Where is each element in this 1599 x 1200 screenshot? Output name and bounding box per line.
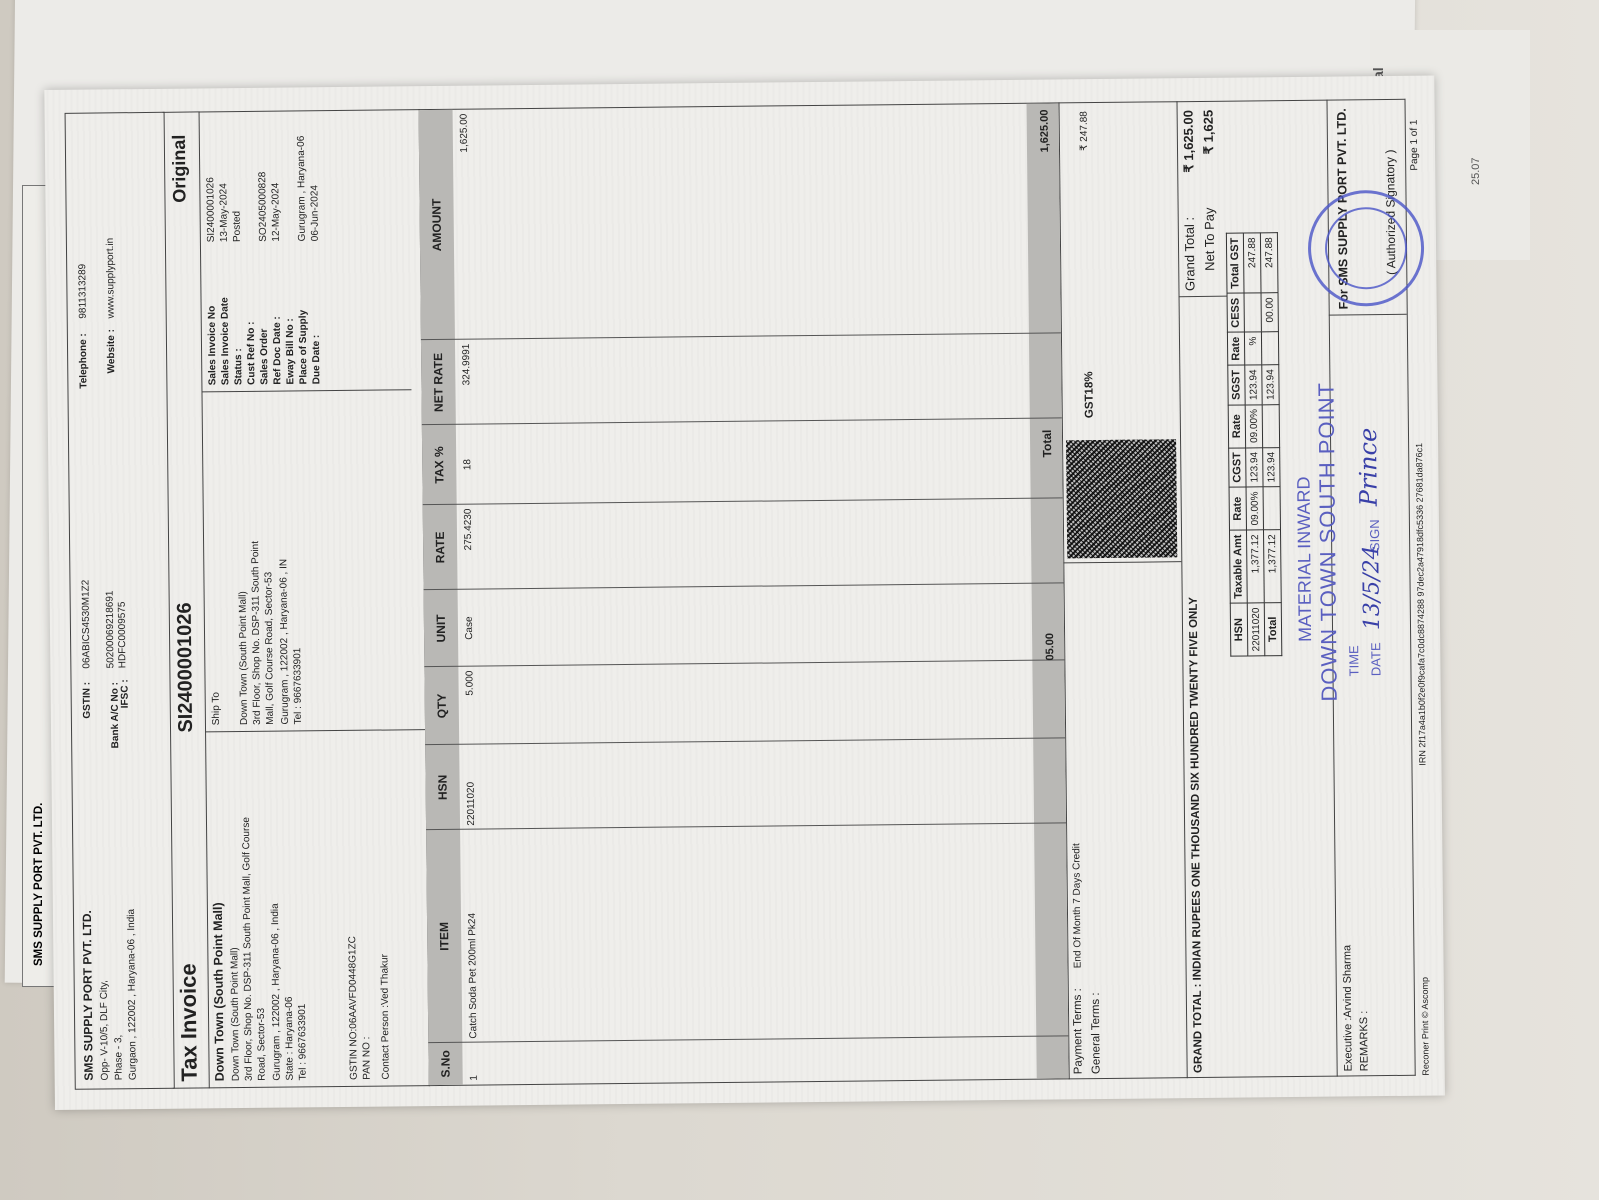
detail-value: Posted bbox=[232, 211, 243, 242]
executive-line: Executive :Arvind Sharma bbox=[1341, 945, 1354, 1072]
stamp-date-label: DATE bbox=[1368, 642, 1383, 676]
ifsc-code: HDFC0009575 bbox=[117, 601, 129, 668]
detail-value: SO2405000828 bbox=[257, 172, 269, 242]
gst-summary-value: ₹ 247.88 bbox=[1079, 111, 1090, 151]
column-header[interactable]: RATE bbox=[433, 505, 448, 590]
total-label: Total bbox=[1040, 399, 1055, 489]
bill-to-line: 3rd Floor, Shop No. DSP-311 South Point … bbox=[241, 817, 255, 1081]
company-seal-stamp bbox=[1307, 190, 1424, 307]
ship-to-line: 3rd Floor, Shop No. DSP-311 South Point bbox=[250, 541, 263, 725]
stamp-signature-handwritten: Prince bbox=[1354, 428, 1383, 507]
seller-header: SMS SUPPLY PORT PVT. LTD. Opp- V-10/5, D… bbox=[65, 112, 175, 1090]
item-cell-amount: 1,625.00 bbox=[459, 114, 472, 336]
tax-cell: 22011020 bbox=[1247, 603, 1265, 656]
seller-address-2: Phase - 3, bbox=[113, 1035, 124, 1081]
tax-total-cell bbox=[1261, 332, 1278, 365]
bill-to-line: Road, Sector-53 bbox=[256, 1008, 268, 1081]
general-terms-label: General Terms : bbox=[1090, 992, 1103, 1074]
grand-total-label: Grand Total : bbox=[1182, 217, 1198, 291]
website-label: Website : bbox=[106, 329, 117, 373]
remarks-label: REMARKS : bbox=[1358, 1011, 1371, 1072]
detail-label: Sales Invoice No bbox=[207, 306, 219, 386]
net-to-pay-value: ₹ 1,625 bbox=[1201, 110, 1217, 155]
payment-terms-label: Payment Terms : bbox=[1072, 988, 1085, 1074]
material-inward-stamp: MATERIAL INWARD bbox=[1293, 476, 1316, 642]
page-number: Page 1 of 1 bbox=[1409, 119, 1421, 170]
gst-breakup-table: HSNTaxable AmtRateCGSTRateSGSTRateCESSTo… bbox=[1226, 232, 1282, 656]
seller-website[interactable]: www.supplyport.in bbox=[105, 238, 117, 319]
item-cell-rate: 275.4230 bbox=[463, 509, 475, 586]
column-header[interactable]: S.No bbox=[438, 1043, 452, 1085]
column-header[interactable]: HSN bbox=[435, 745, 450, 830]
stamp-date-handwritten: 13/5/24 bbox=[1359, 545, 1385, 630]
column-header[interactable]: TAX % bbox=[432, 425, 447, 505]
column-header[interactable]: NET RATE bbox=[431, 340, 446, 425]
tax-cell bbox=[1244, 293, 1261, 332]
tax-cell: % bbox=[1244, 332, 1261, 365]
tax-header: Rate bbox=[1227, 332, 1244, 365]
item-cell-unit: Case bbox=[464, 594, 476, 663]
detail-label: Place of Supply bbox=[298, 310, 310, 385]
detail-label: Sales Invoice Date bbox=[219, 297, 231, 385]
back-company-name: SMS SUPPLY PORT PVT. LTD. bbox=[33, 803, 45, 966]
detail-value: 12-May-2024 bbox=[270, 183, 282, 242]
e-invoice-qr-code bbox=[1066, 439, 1177, 558]
column-header[interactable]: AMOUNT bbox=[429, 110, 445, 340]
telephone-label: Telephone : bbox=[78, 333, 90, 388]
tax-cell: 09.00% bbox=[1245, 404, 1262, 447]
detail-value: Gurugram , Haryana-06 bbox=[296, 136, 308, 242]
tax-header: CESS bbox=[1227, 293, 1244, 332]
seller-telephone: 9811313289 bbox=[77, 264, 89, 319]
gst-summary-label: GST18% bbox=[1083, 371, 1095, 418]
seller-name: SMS SUPPLY PORT PVT. LTD. bbox=[80, 910, 96, 1081]
tax-total-cell: 1,377.12 bbox=[1263, 530, 1281, 603]
grand-total-words: GRAND TOTAL : INDIAN RUPEES ONE THOUSAND… bbox=[1188, 597, 1205, 1073]
detail-label: Ref Doc Date : bbox=[272, 316, 284, 384]
detail-label: Eway Bill No : bbox=[285, 318, 297, 384]
tax-header: SGST bbox=[1228, 365, 1245, 405]
stamp-sign-label: SIGN bbox=[1367, 519, 1382, 551]
invoice-page: SMS SUPPLY PORT PVT. LTD. Opp- V-10/5, D… bbox=[44, 76, 1445, 1110]
tax-total-cell: 123.94 bbox=[1263, 447, 1280, 487]
seller-address-3: Gurgaon , 122002 , Haryana-06 , India bbox=[126, 909, 139, 1080]
seller-address-1: Opp- V-10/5, DLF City, bbox=[99, 980, 111, 1081]
invoice-number-big: SI2400001026 bbox=[174, 602, 198, 732]
item-cell-tax: 18 bbox=[462, 429, 474, 501]
bank-account: 50200069218691 bbox=[105, 590, 117, 668]
tax-total-cell: 00.00 bbox=[1261, 293, 1278, 332]
ship-to-line: Down Town (South Point Mall) bbox=[238, 591, 250, 725]
bill-to-line: State : Haryana-06 bbox=[284, 997, 296, 1081]
grand-total-value: ₹ 1,625.00 bbox=[1181, 110, 1198, 173]
tax-total-cell: Total bbox=[1264, 603, 1282, 656]
tax-total-cell bbox=[1262, 404, 1279, 447]
column-header[interactable]: QTY bbox=[434, 667, 449, 745]
ifsc-label: IFSC : bbox=[119, 679, 130, 708]
items-table: S.NoITEMHSNQTYUNITRATETAX %NET RATEAMOUN… bbox=[419, 102, 1070, 1086]
item-cell-qty: 5.000 bbox=[464, 671, 476, 741]
detail-label: Due Date : bbox=[311, 335, 323, 385]
tax-total-cell: 247.88 bbox=[1260, 233, 1278, 293]
terms-block: Payment Terms : End Of Month 7 Days Cred… bbox=[1059, 101, 1188, 1079]
bill-to-name: Down Town (South Point Mall) bbox=[211, 902, 227, 1081]
total-amount: 1,625.00 bbox=[1039, 110, 1051, 153]
net-to-pay-label: Net To Pay bbox=[1202, 207, 1218, 271]
bill-to-gstin: GSTIN NO:06AAVFD0448G1ZC bbox=[347, 936, 360, 1080]
item-cell-sno: 1 bbox=[468, 1047, 479, 1081]
detail-label: Cust Ref No : bbox=[246, 322, 258, 385]
bill-to-line: Gurugram , 122002 , Haryana-06 , India bbox=[270, 903, 283, 1080]
gstin-label: GSTIN : bbox=[82, 682, 93, 719]
tax-cell: 123.94 bbox=[1245, 365, 1262, 405]
bill-to-contact: Contact Person :Ved Thakur bbox=[379, 954, 391, 1080]
address-block: Down Town (South Point Mall) Down Town (… bbox=[199, 109, 430, 1088]
back-value: 25.07 bbox=[1470, 157, 1482, 185]
total-qty: 05.00 bbox=[1044, 633, 1056, 661]
tax-header: Total GST bbox=[1226, 233, 1244, 293]
ship-to-line: Gurugram , 122002 , Haryana-06 , IN bbox=[278, 559, 291, 725]
detail-value: 13-May-2024 bbox=[218, 183, 230, 242]
tax-header: Taxable Amt bbox=[1229, 530, 1247, 603]
tax-cell: 247.88 bbox=[1243, 233, 1261, 293]
tax-cell: 09.00% bbox=[1246, 487, 1263, 530]
tax-header: Rate bbox=[1228, 405, 1245, 448]
bill-to-pan: PAN NO : bbox=[361, 1037, 372, 1080]
tax-cell: 1,377.12 bbox=[1246, 530, 1264, 603]
seller-gstin: 06ABICS4530M1Z2 bbox=[80, 580, 92, 669]
bill-to-line: Down Town (South Point Mall) bbox=[229, 947, 241, 1081]
ship-to-line: Tel : 9667633901 bbox=[292, 648, 304, 725]
detail-value: 06-Jun-2024 bbox=[309, 185, 321, 241]
item-cell-net_rate: 324.9991 bbox=[461, 344, 473, 421]
print-credit: Reconer Print © Ascomp bbox=[1420, 977, 1431, 1076]
doc-title: Tax Invoice bbox=[175, 963, 202, 1081]
column-header[interactable]: UNIT bbox=[434, 590, 449, 667]
tax-total-cell bbox=[1263, 487, 1280, 530]
ship-to-label: Ship To bbox=[211, 692, 222, 725]
bill-to-line: Tel : 9667633901 bbox=[297, 1004, 309, 1081]
detail-label: Sales Order bbox=[259, 329, 271, 385]
column-header[interactable]: ITEM bbox=[436, 830, 452, 1043]
tax-total-cell: 123.94 bbox=[1262, 365, 1279, 405]
tax-header: HSN bbox=[1230, 603, 1248, 656]
tax-header: Rate bbox=[1229, 487, 1246, 530]
detail-label: Status : bbox=[233, 348, 244, 385]
irn-number: IRN 2f17a4a1b0f2e0f9cafa7c0dc8874288 97d… bbox=[1414, 443, 1427, 766]
stamp-store-name: DOWN TOWN SOUTH POINT bbox=[1313, 382, 1342, 702]
item-cell-hsn: 22011020 bbox=[465, 749, 477, 826]
stamp-time-label: TIME bbox=[1346, 645, 1361, 676]
item-cell-item: Catch Soda Pet 200ml Pk24 bbox=[466, 834, 479, 1039]
ship-to-line: Mall, Golf Course Road, Sector-53 bbox=[263, 572, 276, 725]
tax-header: CGST bbox=[1229, 448, 1246, 488]
payment-terms: End Of Month 7 Days Credit bbox=[1071, 843, 1083, 968]
detail-value: SI2400001026 bbox=[205, 177, 217, 242]
copy-label: Original bbox=[169, 135, 191, 203]
tax-cell: 123.94 bbox=[1246, 447, 1263, 487]
